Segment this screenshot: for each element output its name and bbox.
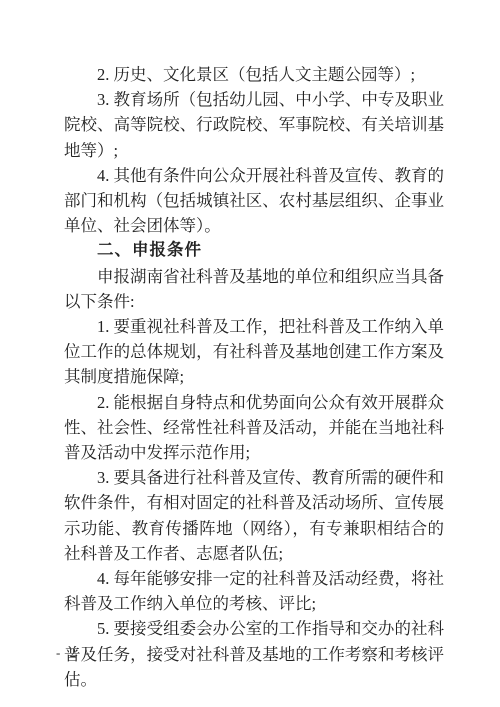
document-body: 2. 历史、文化景区（包括人文主题公园等）; 3. 教育场所（包括幼儿园、中小学…: [64, 62, 444, 692]
section-heading-application-conditions: 二、申报条件: [64, 238, 444, 263]
condition-item-2-carry-out-activities: 2. 能根据自身特点和优势面向公众有效开展群众性、社会性、经常性社科普及活动，并…: [64, 390, 444, 466]
list-item-3-education-venues: 3. 教育场所（包括幼儿园、中小学、中专及职业院校、高等院校、行政院校、军事院校…: [64, 87, 444, 163]
condition-item-4-annual-funding: 4. 每年能够安排一定的社科普及活动经费，将社科普及工作纳入单位的考核、评比;: [64, 566, 444, 616]
list-item-4-other-organizations: 4. 其他有条件向公众开展社科普及宣传、教育的部门和机构（包括城镇社区、农村基层…: [64, 163, 444, 239]
page-number: - 2 -: [56, 645, 93, 660]
paragraph-conditions-intro: 申报湖南省社科普及基地的单位和组织应当具备以下条件:: [64, 264, 444, 314]
condition-item-1-value-work: 1. 要重视社科普及工作，把社科普及工作纳入单位工作的总体规划，有社科普及基地创…: [64, 314, 444, 390]
condition-item-3-hardware-software: 3. 要具备进行社科普及宣传、教育所需的硬件和软件条件，有相对固定的社科普及活动…: [64, 465, 444, 566]
condition-item-5-accept-guidance: 5. 要接受组委会办公室的工作指导和交办的社科普及任务，接受对社科普及基地的工作…: [64, 616, 444, 692]
list-item-2-historic-cultural-sites: 2. 历史、文化景区（包括人文主题公园等）;: [64, 62, 444, 87]
document-page: 2. 历史、文化景区（包括人文主题公园等）; 3. 教育场所（包括幼儿园、中小学…: [0, 0, 500, 707]
